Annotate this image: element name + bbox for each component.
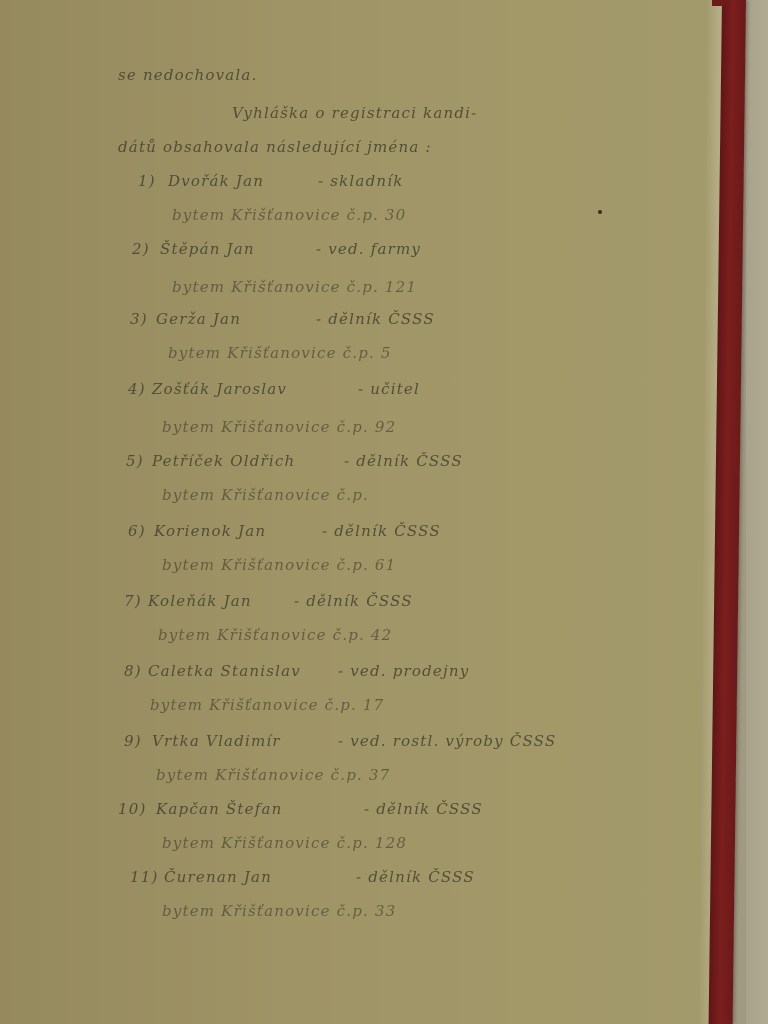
intro-line-3: dátů obsahovala následující jména : <box>118 138 432 156</box>
candidate-5-residence: bytem Křišťanovice č.p. <box>162 486 369 504</box>
candidate-1-name: Dvořák Jan <box>168 172 264 190</box>
candidate-8-number: 8) <box>124 662 142 680</box>
candidate-6-occupation: - dělník ČSSS <box>322 522 441 540</box>
candidate-2-name: Štěpán Jan <box>160 240 255 258</box>
candidate-1-residence: bytem Křišťanovice č.p. 30 <box>172 206 406 224</box>
candidate-9-number: 9) <box>124 732 142 750</box>
candidate-9-name: Vrtka Vladimír <box>152 732 281 750</box>
candidate-9-residence: bytem Křišťanovice č.p. 37 <box>156 766 390 784</box>
candidate-2-residence: bytem Křišťanovice č.p. 121 <box>172 278 417 296</box>
candidate-7-occupation: - dělník ČSSS <box>294 592 413 610</box>
candidate-7-number: 7) <box>124 592 142 610</box>
candidate-6-name: Korienok Jan <box>154 522 266 540</box>
candidate-2-occupation: - ved. farmy <box>316 240 421 258</box>
candidate-1-occupation: - skladník <box>318 172 404 190</box>
candidate-3-residence: bytem Křišťanovice č.p. 5 <box>168 344 392 362</box>
candidate-5-occupation: - dělník ČSSS <box>344 452 463 470</box>
candidate-7-name: Koleňák Jan <box>148 592 252 610</box>
intro-line-2: Vyhláška o registraci kandi- <box>232 104 477 122</box>
candidate-5-name: Petříček Oldřich <box>152 452 295 470</box>
candidate-1-number: 1) <box>138 172 156 190</box>
candidate-2-number: 2) <box>132 240 150 258</box>
candidate-5-number: 5) <box>126 452 144 470</box>
candidate-3-number: 3) <box>130 310 148 328</box>
candidate-10-name: Kapčan Štefan <box>156 800 282 818</box>
candidate-4-number: 4) <box>128 380 146 398</box>
candidate-11-name: Čurenan Jan <box>164 868 272 886</box>
candidate-8-occupation: - ved. prodejny <box>338 662 469 680</box>
candidate-3-occupation: - dělník ČSSS <box>316 310 435 328</box>
intro-line-1: se nedochovala. <box>118 66 258 84</box>
candidate-6-number: 6) <box>128 522 146 540</box>
candidate-8-name: Caletka Stanislav <box>148 662 301 680</box>
candidate-10-occupation: - dělník ČSSS <box>364 800 483 818</box>
candidate-3-name: Gerža Jan <box>156 310 241 328</box>
background-surface <box>746 0 768 1024</box>
candidate-11-number: 11) <box>130 868 159 886</box>
candidate-8-residence: bytem Křišťanovice č.p. 17 <box>150 696 384 714</box>
candidate-4-occupation: - učitel <box>358 380 420 398</box>
candidate-9-occupation: - ved. rostl. výroby ČSSS <box>338 732 556 750</box>
candidate-11-occupation: - dělník ČSSS <box>356 868 475 886</box>
handwritten-text: se nedochovala. Vyhláška o registraci ka… <box>0 0 720 1024</box>
candidate-10-residence: bytem Křišťanovice č.p. 128 <box>162 834 407 852</box>
candidate-10-number: 10) <box>118 800 147 818</box>
candidate-6-residence: bytem Křišťanovice č.p. 61 <box>162 556 396 574</box>
candidate-4-name: Zošťák Jaroslav <box>152 380 287 398</box>
candidate-4-residence: bytem Křišťanovice č.p. 92 <box>162 418 396 436</box>
candidate-7-residence: bytem Křišťanovice č.p. 42 <box>158 626 392 644</box>
candidate-11-residence: bytem Křišťanovice č.p. 33 <box>162 902 396 920</box>
